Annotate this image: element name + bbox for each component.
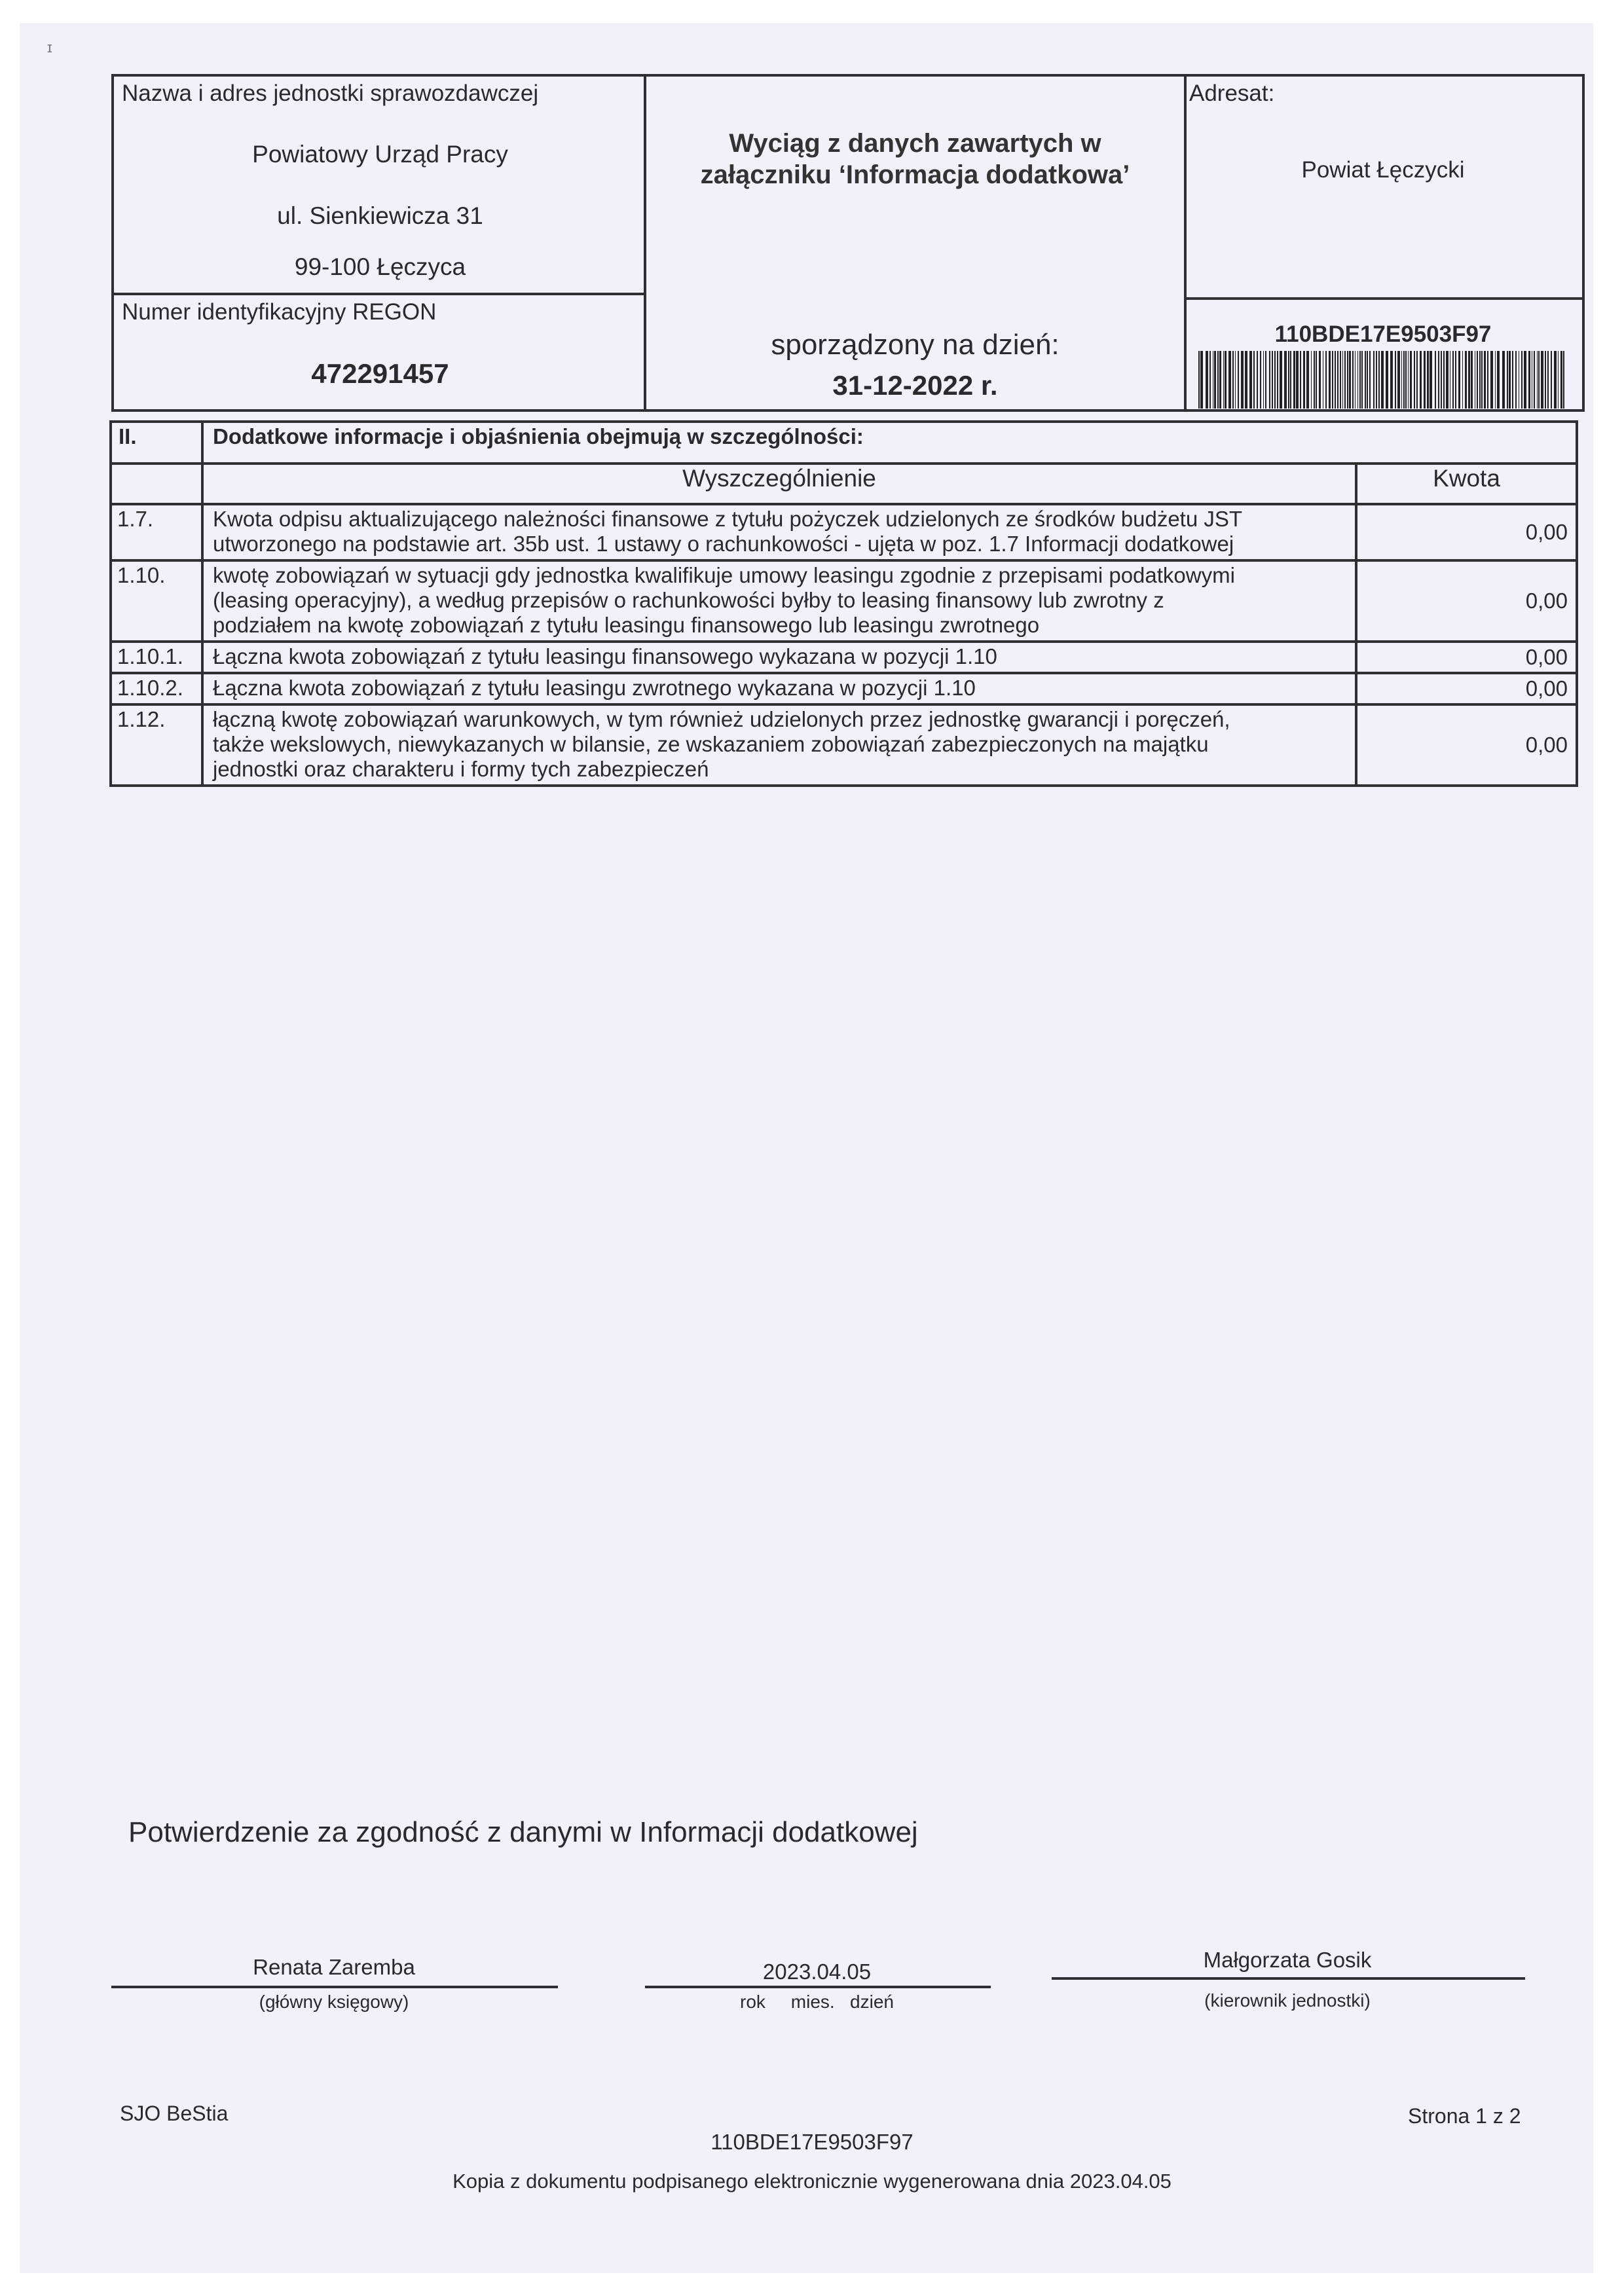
page-number: Strona 1 z 2	[1408, 2104, 1521, 2128]
document-title-line1: Wyciąg z danych zawartych w	[646, 128, 1184, 159]
org-name: Powiatowy Urząd Pracy	[114, 141, 646, 168]
regon-label: Numer identyfikacyjny REGON	[122, 299, 436, 325]
table-row: 1.10.1.Łączna kwota zobowiązań z tytułu …	[111, 642, 1577, 673]
column-header-description: Wyszczególnienie	[202, 464, 1356, 504]
date-role: rok mies. dzień	[645, 1992, 989, 2013]
date-signature-line	[645, 1986, 991, 1988]
accountant-role: (główny księgowy)	[111, 1992, 557, 2013]
row-amount: 0,00	[1356, 673, 1577, 704]
row-number: 1.12.	[111, 704, 202, 786]
regon-value: 472291457	[114, 358, 646, 390]
table-row: 1.12.łączną kwotę zobowiązań warunkowych…	[111, 704, 1577, 786]
head-role: (kierownik jednostki)	[1052, 1990, 1523, 2011]
addressee-cell: Adresat: Powiat Łęczycki	[1184, 74, 1585, 300]
row-amount: 0,00	[1356, 704, 1577, 786]
table-row: 1.10.kwotę zobowiązań w sytuacji gdy jed…	[111, 560, 1577, 642]
additional-info-table: II. Dodatkowe informacje i objaśnienia o…	[109, 420, 1578, 787]
addressee-label: Adresat:	[1189, 81, 1274, 107]
document-title-cell: Wyciąg z danych zawartych w załączniku ‘…	[644, 74, 1187, 412]
row-number: 1.7.	[111, 504, 202, 560]
row-description-line: Kwota odpisu aktualizującego należności …	[213, 507, 1350, 532]
column-header-row: Wyszczególnienie Kwota	[111, 464, 1577, 504]
copy-note: Kopia z dokumentu podpisanego elektronic…	[0, 2170, 1624, 2193]
row-description: kwotę zobowiązań w sytuacji gdy jednostk…	[202, 560, 1356, 642]
document-title: Wyciąg z danych zawartych w załączniku ‘…	[646, 128, 1184, 191]
row-description: Łączna kwota zobowiązań z tytułu leasing…	[202, 642, 1356, 673]
scan-artifact: ɪ	[47, 39, 52, 56]
org-name-address-cell: Nazwa i adres jednostki sprawozdawczej P…	[111, 74, 646, 295]
document-code: 110BDE17E9503F97	[1184, 321, 1582, 348]
signature-date: 2023.04.05	[645, 1959, 989, 1984]
confirmation-text: Potwierdzenie za zgodność z danymi w Inf…	[128, 1816, 918, 1849]
system-name: SJO BeStia	[120, 2102, 228, 2126]
column-header-amount: Kwota	[1356, 464, 1577, 504]
row-number: 1.10.	[111, 560, 202, 642]
row-description-line: Łączna kwota zobowiązań z tytułu leasing…	[213, 676, 1350, 701]
row-description-line: podziałem na kwotę zobowiązań z tytułu l…	[213, 613, 1350, 638]
section-header-row: II. Dodatkowe informacje i objaśnienia o…	[111, 422, 1577, 464]
row-number: 1.10.1.	[111, 642, 202, 673]
date-label: sporządzony na dzień:	[646, 329, 1184, 361]
row-amount: 0,00	[1356, 642, 1577, 673]
report-date: 31-12-2022 r.	[646, 370, 1184, 401]
row-description-line: jednostki oraz charakteru i formy tych z…	[213, 757, 1350, 782]
column-header-number	[111, 464, 202, 504]
table-row: 1.7.Kwota odpisu aktualizującego należno…	[111, 504, 1577, 560]
row-description-line: utworzonego na podstawie art. 35b ust. 1…	[213, 532, 1350, 556]
barcode-cell: 110BDE17E9503F97	[1184, 297, 1585, 412]
row-description-line: łączną kwotę zobowiązań warunkowych, w t…	[213, 707, 1350, 732]
head-name: Małgorzata Gosik	[1052, 1948, 1523, 1973]
row-description-line: Łączna kwota zobowiązań z tytułu leasing…	[213, 644, 1350, 669]
regon-cell: Numer identyfikacyjny REGON 472291457	[111, 293, 646, 412]
row-number: 1.10.2.	[111, 673, 202, 704]
row-description: łączną kwotę zobowiązań warunkowych, w t…	[202, 704, 1356, 786]
row-amount: 0,00	[1356, 560, 1577, 642]
section-number: II.	[111, 422, 202, 464]
accountant-name: Renata Zaremba	[111, 1955, 557, 1980]
org-label: Nazwa i adres jednostki sprawozdawczej	[122, 81, 538, 107]
row-amount: 0,00	[1356, 504, 1577, 560]
table-row: 1.10.2.Łączna kwota zobowiązań z tytułu …	[111, 673, 1577, 704]
row-description-line: (leasing operacyjny), a według przepisów…	[213, 588, 1350, 613]
row-description: Kwota odpisu aktualizującego należności …	[202, 504, 1356, 560]
accountant-signature-line	[111, 1986, 558, 1988]
row-description-line: kwotę zobowiązań w sytuacji gdy jednostk…	[213, 563, 1350, 588]
footer-document-code: 110BDE17E9503F97	[0, 2130, 1624, 2155]
row-description: Łączna kwota zobowiązań z tytułu leasing…	[202, 673, 1356, 704]
barcode-icon	[1198, 351, 1566, 409]
addressee-value: Powiat Łęczycki	[1184, 157, 1582, 183]
section-title: Dodatkowe informacje i objaśnienia obejm…	[202, 422, 1577, 464]
row-description-line: także wekslowych, niewykazanych w bilans…	[213, 732, 1350, 757]
head-signature-line	[1052, 1977, 1525, 1980]
org-city: 99-100 Łęczyca	[114, 253, 646, 281]
org-street: ul. Sienkiewicza 31	[114, 202, 646, 230]
document-title-line2: załączniku ‘Informacja dodatkowa’	[646, 159, 1184, 191]
